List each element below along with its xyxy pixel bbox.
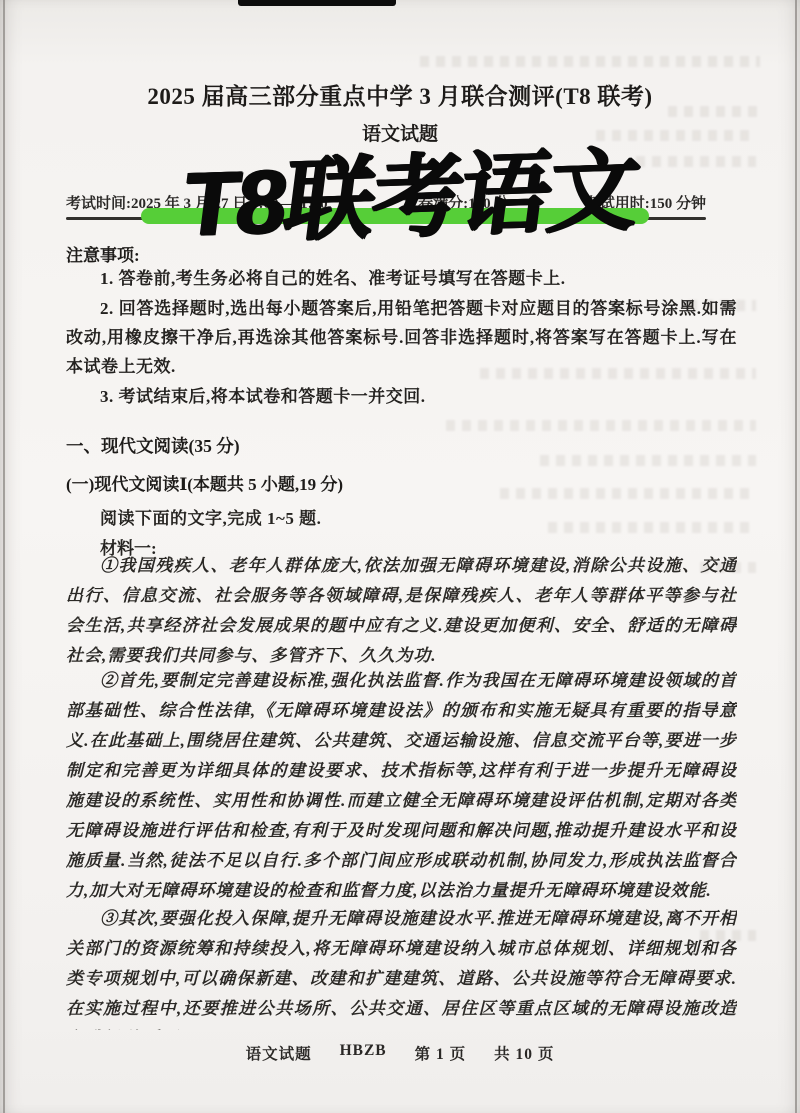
subsection-heading: (一)现代文阅读Ⅰ(本题共 5 小题,19 分) (66, 470, 343, 495)
exam-paper-page: 2025 届高三部分重点中学 3 月联合测评(T8 联考) 语文试题 考试时间:… (0, 0, 800, 1113)
reading-instruction: 阅读下面的文字,完成 1~5 题. (100, 504, 321, 529)
section-heading: 一、现代文阅读(35 分) (66, 433, 240, 458)
body-paragraph-2: ②首先,要制定完善建设标准,强化执法监督.作为我国在无障碍环境建设领域的首部基础… (66, 666, 737, 903)
bleed-through-artifact (540, 455, 756, 466)
footer-page-number: 第 1 页 (415, 1042, 467, 1064)
scan-edge-right (795, 0, 797, 1113)
body-paragraph-3: ③其次,要强化投入保障,提升无障碍设施建设水平.推进无障碍环境建设,离不开相关部… (66, 904, 737, 1030)
bleed-through-artifact (500, 488, 756, 499)
page-title: 2025 届高三部分重点中学 3 月联合测评(T8 联考) (0, 78, 800, 111)
notice-item: 1. 答卷前,考生务必将自己的姓名、准考证号填写在答题卡上. (66, 264, 737, 293)
bleed-through-artifact (420, 56, 760, 67)
page-footer: 语文试题 HBZB 第 1 页 共 10 页 (0, 1042, 800, 1064)
scan-edge-left (3, 0, 5, 1113)
notice-item: 2. 回答选择题时,选出每小题答案后,用铅笔把答题卡对应题目的答案标号涂黑.如需… (66, 294, 737, 381)
footer-code: HBZB (340, 1042, 387, 1064)
body-paragraph-1: ①我国残疾人、老年人群体庞大,依法加强无障碍环境建设,消除公共设施、交通出行、信… (66, 551, 737, 667)
footer-page-total: 共 10 页 (494, 1042, 554, 1064)
notice-list: 1. 答卷前,考生务必将自己的姓名、准考证号填写在答题卡上. 2. 回答选择题时… (66, 264, 737, 412)
notice-item: 3. 考试结束后,将本试卷和答题卡一并交回. (66, 382, 737, 411)
bleed-through-artifact (446, 420, 756, 431)
footer-doc-label: 语文试题 (246, 1042, 312, 1064)
watermark-overlay-title: T8联考语文 (114, 141, 706, 256)
bleed-through-artifact (548, 522, 756, 533)
top-crop-bar (238, 0, 396, 6)
